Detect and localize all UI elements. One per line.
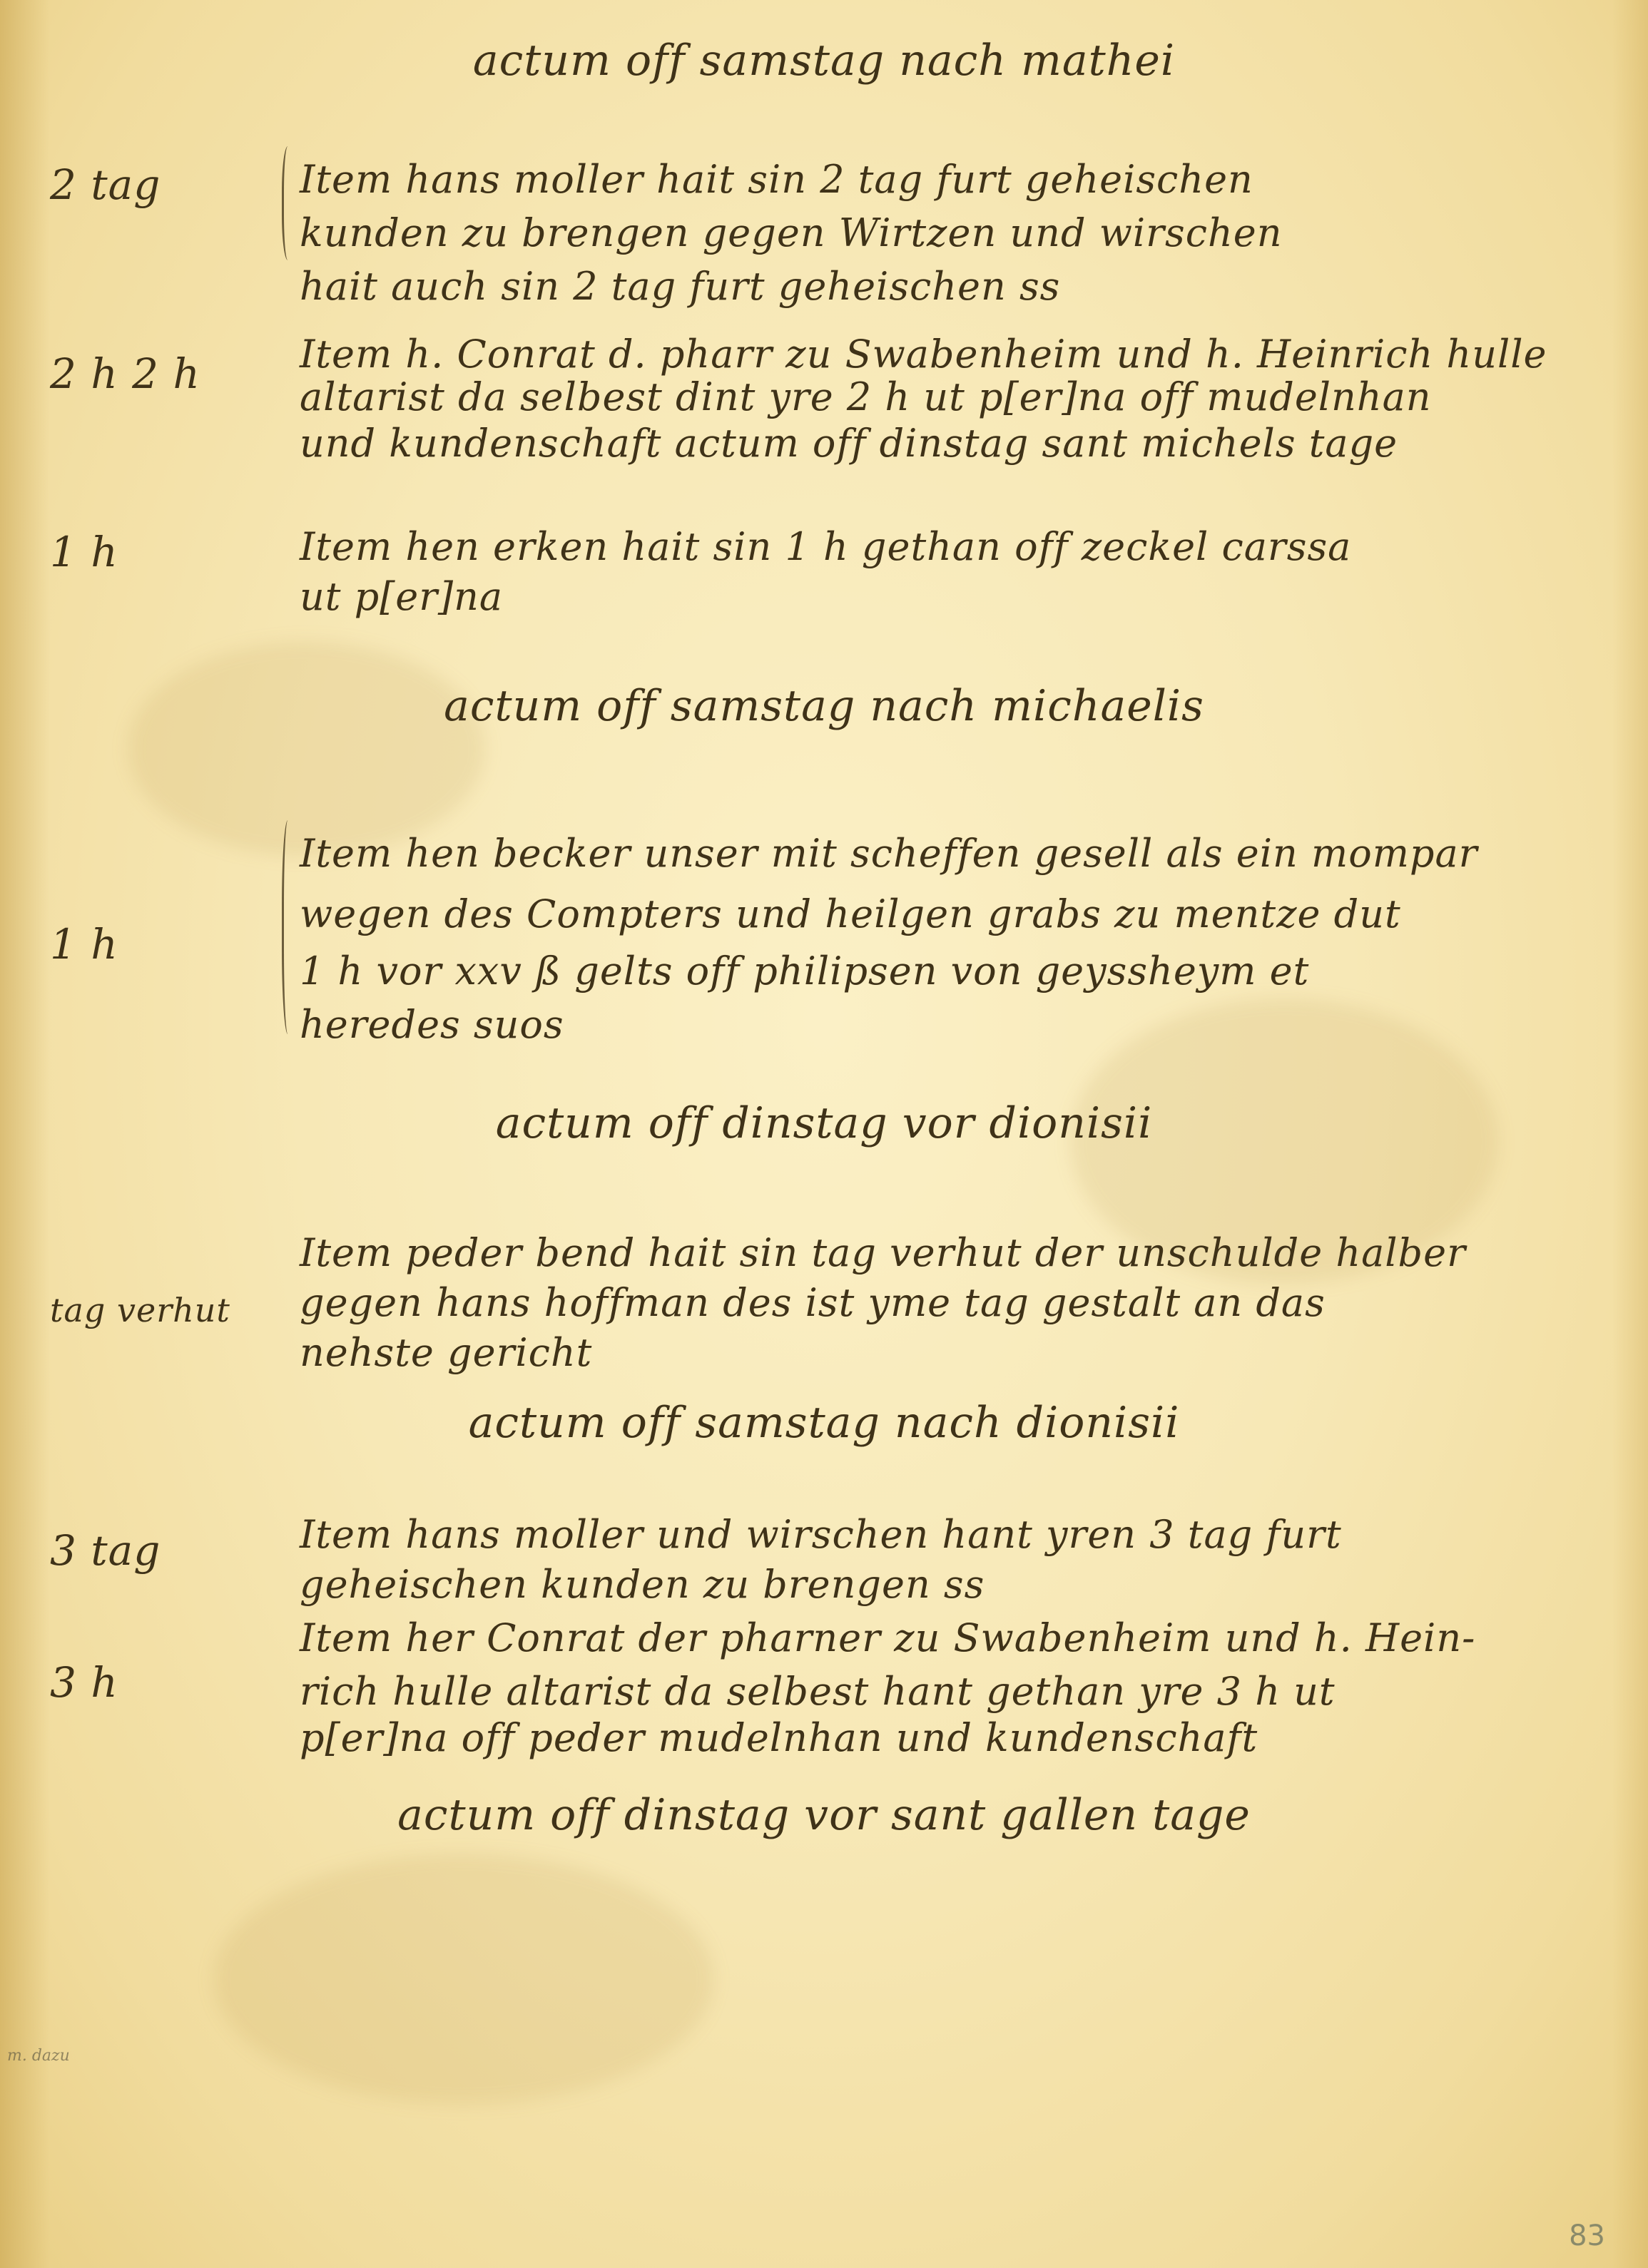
paper-stain — [128, 642, 485, 856]
entry-bracket — [282, 820, 297, 1034]
section-heading: actum off samstag nach dionisii — [0, 1398, 1648, 1448]
entry-line: Item h. Conrat d. pharr zu Swabenheim un… — [300, 335, 1547, 374]
entry-line: Item hans moller und wirschen hant yren … — [300, 1516, 1342, 1554]
entry-line: geheischen kunden zu brengen ss — [300, 1565, 985, 1604]
section-heading: actum off dinstag vor dionisii — [0, 1098, 1648, 1148]
entry-line: wegen des Compters und heilgen grabs zu … — [300, 895, 1401, 934]
entry-line: ut p[er]na — [300, 578, 503, 616]
entry-line: p[er]na off peder mudelnhan und kundensc… — [300, 1719, 1258, 1757]
page-number: 83 — [1569, 2220, 1605, 2252]
section-heading: actum off dinstag vor sant gallen tage — [0, 1790, 1648, 1840]
entry-line: 1 h vor xxv ß gelts off philipsen von ge… — [300, 952, 1309, 991]
margin-note: 1 h — [50, 920, 118, 969]
entry-bracket — [282, 146, 297, 260]
entry-line: nehste gericht — [300, 1334, 592, 1372]
margin-note: 3 h — [50, 1658, 118, 1707]
manuscript-page: actum off samstag nach mathei 2 tag Item… — [0, 0, 1648, 2268]
entry-line: heredes suos — [300, 1006, 564, 1044]
margin-note: 2 h 2 h — [50, 349, 200, 398]
section-heading: actum off samstag nach mathei — [0, 36, 1648, 86]
stray-marginal-mark: m. dazu — [7, 2047, 70, 2065]
margin-note: 3 tag — [50, 1526, 161, 1575]
margin-note: 2 tag — [50, 160, 161, 209]
entry-line: Item hans moller hait sin 2 tag furt geh… — [300, 160, 1253, 199]
margin-note: 1 h — [50, 528, 118, 576]
paper-stain — [214, 1854, 713, 2104]
entry-line: Item hen becker unser mit scheffen gesel… — [300, 834, 1477, 873]
entry-line: Item peder bend hait sin tag verhut der … — [300, 1234, 1466, 1272]
entry-line: und kundenschaft actum off dinstag sant … — [300, 424, 1398, 463]
entry-line: Item her Conrat der pharner zu Swabenhei… — [300, 1619, 1475, 1657]
section-heading: actum off samstag nach michaelis — [0, 681, 1648, 731]
entry-line: gegen hans hoffman des ist yme tag gesta… — [300, 1284, 1326, 1322]
entry-line: altarist da selbest dint yre 2 h ut p[er… — [300, 378, 1432, 417]
entry-line: rich hulle altarist da selbest hant geth… — [300, 1672, 1336, 1711]
entry-line: hait auch sin 2 tag furt geheischen ss — [300, 267, 1060, 306]
margin-note: tag verhut — [50, 1291, 230, 1329]
entry-line: kunden zu brengen gegen Wirtzen und wirs… — [300, 214, 1282, 252]
entry-line: Item hen erken hait sin 1 h gethan off z… — [300, 528, 1351, 566]
